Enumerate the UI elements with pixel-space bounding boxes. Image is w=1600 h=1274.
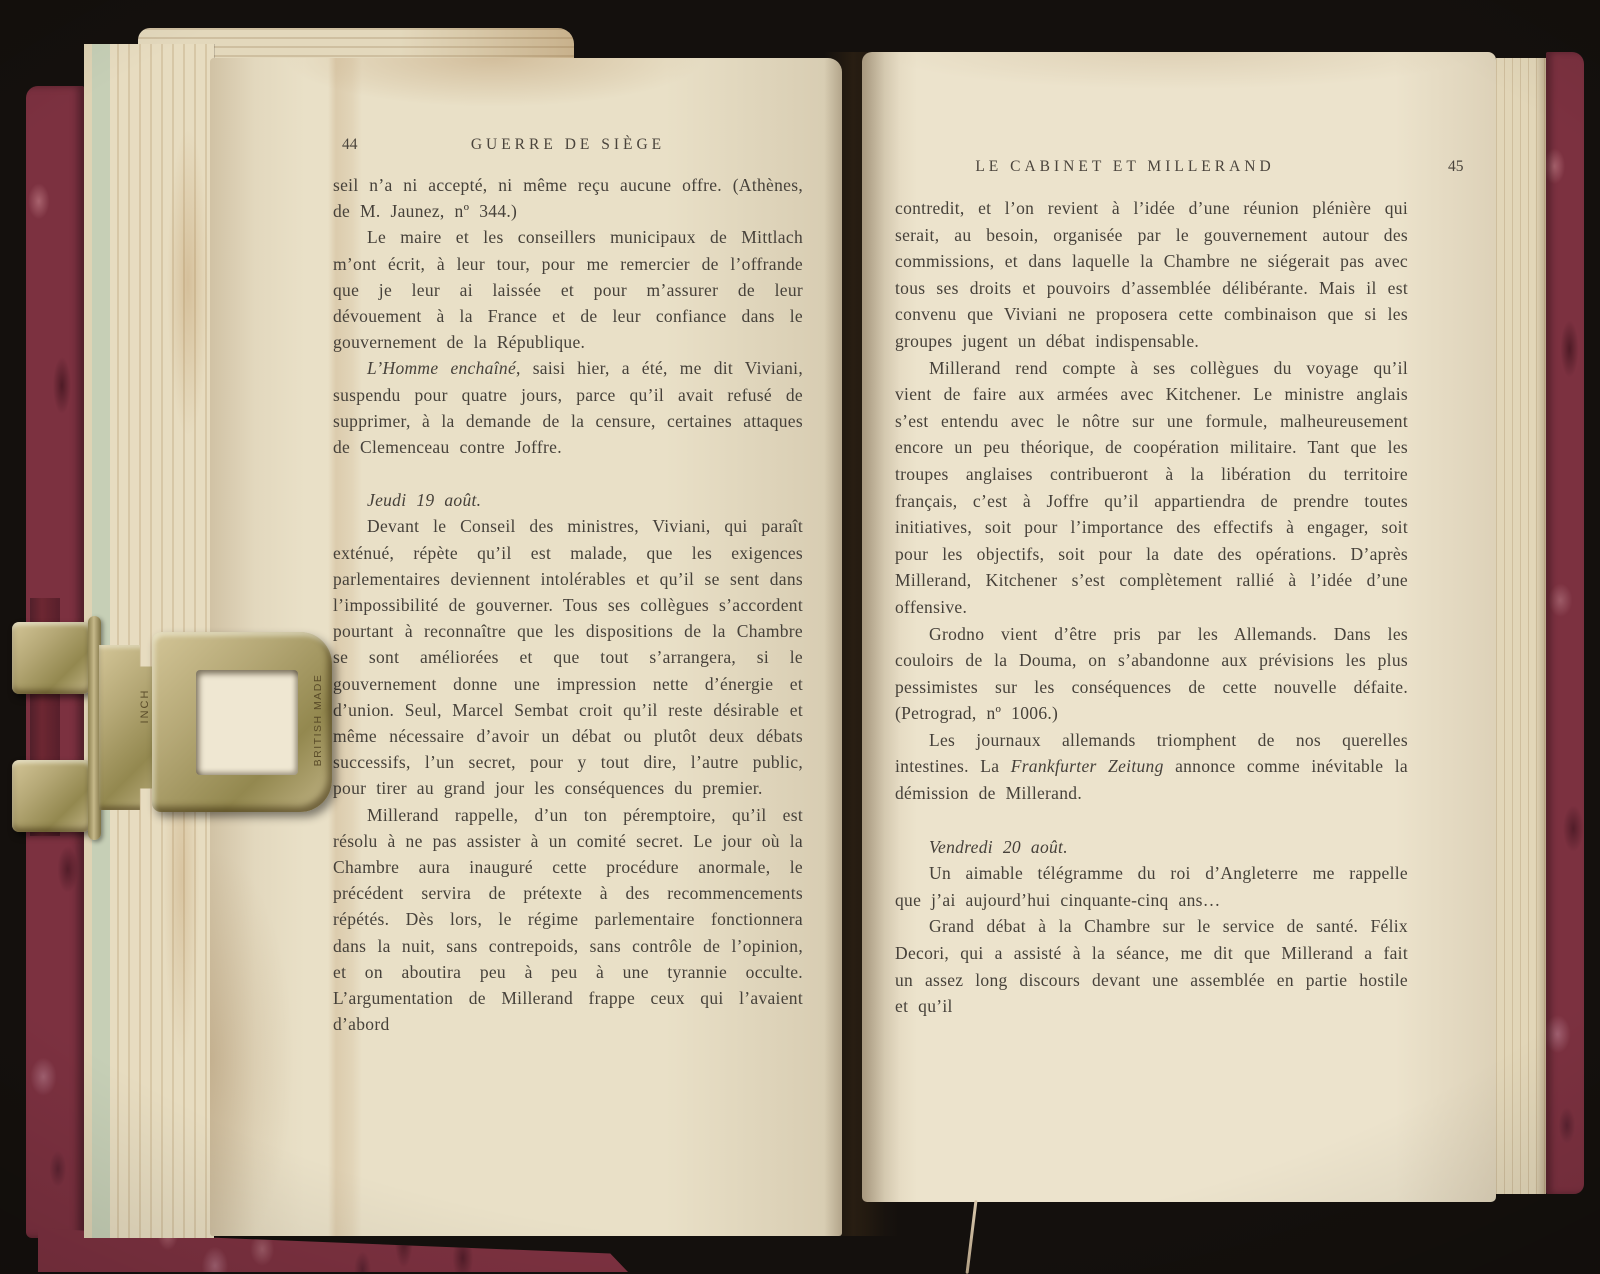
gutter-shadow [824, 52, 900, 1236]
date-text: Jeudi 19 août. [367, 490, 481, 510]
paragraph-text: seil n’a ni accepté, ni même reçu aucune… [333, 175, 803, 221]
paragraph: Un aimable télégramme du roi d’Angleterr… [895, 860, 1408, 913]
paragraph-text: contredit, et l’on revient à l’idée d’un… [895, 198, 1408, 351]
clasp-hinge-knuckle-bottom [12, 760, 90, 832]
diary-date-heading: Vendredi 20 août. [895, 834, 1408, 861]
paragraph-text: Le maire et les conseillers municipaux d… [333, 227, 803, 352]
paragraph: Millerand rend compte à ses collègues du… [895, 355, 1408, 621]
paragraph: Les journaux allemands triomphent de nos… [895, 727, 1408, 807]
paragraph-text: Millerand rappelle, d’un ton péremptoire… [333, 805, 803, 1035]
paragraph: L’Homme enchaîné, saisi hier, a été, me … [333, 355, 803, 460]
paragraph-text: Devant le Conseil des ministres, Viviani… [333, 516, 803, 798]
paragraph-text: Grodno vient d’être pris par les Alleman… [895, 624, 1408, 724]
paragraph-text: Millerand rend compte à ses collègues du… [895, 358, 1408, 617]
right-page-number: 45 [1448, 158, 1464, 176]
left-running-title: GUERRE DE SIÈGE [333, 136, 803, 154]
bookmark-thread [966, 1200, 978, 1274]
right-page-text: contredit, et l’on revient à l’idée d’un… [895, 195, 1408, 1020]
paragraph-text: Un aimable télégramme du roi d’Angleterr… [895, 863, 1408, 910]
clasp-buckle-frame [152, 632, 332, 812]
paragraph-text-italic: Frankfurter Zeitung [1011, 756, 1164, 776]
left-page-text: seil n’a ni accepté, ni même reçu aucune… [333, 172, 803, 1038]
clasp-hinge-knuckle-top [12, 622, 90, 694]
right-cover-marbled-edge [1546, 52, 1584, 1194]
clasp-stamp-inch: INCH [139, 671, 151, 741]
paragraph: Grand débat à la Chambre sur le service … [895, 913, 1408, 1019]
paragraph-text-italic: L’Homme enchaîné [367, 358, 516, 378]
clasp-stamp-british-made: BRITISH MADE [312, 654, 324, 786]
date-text: Vendredi 20 août. [929, 837, 1068, 857]
paragraph: Grodno vient d’être pris par les Alleman… [895, 621, 1408, 727]
paragraph: contredit, et l’on revient à l’idée d’un… [895, 195, 1408, 355]
paragraph: Devant le Conseil des ministres, Viviani… [333, 513, 803, 801]
paragraph-text: Grand débat à la Chambre sur le service … [895, 916, 1408, 1016]
paragraph: Millerand rappelle, d’un ton péremptoire… [333, 802, 803, 1038]
page-stack-right-edges [1496, 58, 1546, 1194]
paragraph: seil n’a ni accepté, ni même reçu aucune… [333, 172, 803, 224]
diary-date-heading: Jeudi 19 août. [333, 487, 803, 513]
right-running-title: LE CABINET ET MILLERAND [895, 158, 1355, 176]
clasp-buckle-opening [196, 670, 298, 775]
paragraph: Le maire et les conseillers municipaux d… [333, 224, 803, 355]
book-photograph: 44 GUERRE DE SIÈGE seil n’a ni accepté, … [0, 0, 1600, 1274]
